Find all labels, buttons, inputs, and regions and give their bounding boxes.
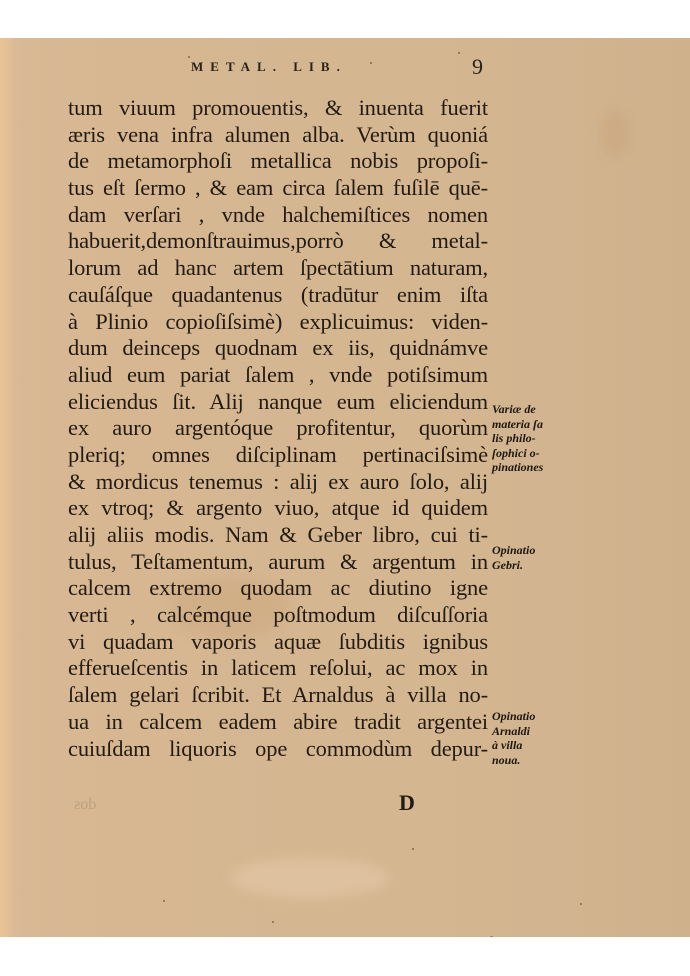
text-line: dum deinceps quodnam ex iis, quidnámve <box>68 335 488 362</box>
text-line: de metamorphoſi metallica nobis propoſi- <box>68 148 488 175</box>
paper-speck <box>490 936 493 937</box>
marginal-note-line: materia ſa <box>492 417 543 432</box>
text-line: cuiuſdam liquoris ope commodùm depur- <box>68 736 488 763</box>
paper-speck <box>163 900 165 902</box>
text-line: lorum ad hanc artem ſpectātium naturam, <box>68 255 488 282</box>
marginal-note-arnaldi: Opinatio Arnaldi à villa noua. <box>492 709 535 767</box>
marginal-note-line: pinationes <box>492 460 543 475</box>
page-number: 9 <box>472 54 483 80</box>
text-line: verti , calcémque poſtmodum diſcuſſoria <box>68 602 488 629</box>
signature-mark: D <box>399 790 415 816</box>
text-line: eliciendus ſit. Alij nanque eum eliciend… <box>68 389 488 416</box>
text-line: habuerit,demonſtrauimus,porrò & metal- <box>68 228 488 255</box>
marginal-note-line: Arnaldi <box>492 724 535 739</box>
text-line: ſalem gelari ſcribit. Et Arnaldus à vill… <box>68 682 488 709</box>
text-line: cauſáſque quadantenus (tradūtur enim iſt… <box>68 282 488 309</box>
marginal-note-line: Opinatio <box>492 709 535 724</box>
text-line: dam verſari , vnde halchemiſtices nomen <box>68 202 488 229</box>
body-text: tum viuum promouentis, & inuenta fuerit … <box>68 95 488 762</box>
marginal-note-line: ſophici o- <box>492 446 543 461</box>
marginal-note-line: Opinatio <box>492 543 535 558</box>
text-line: ex auro argentóque profitentur, quorùm <box>68 415 488 442</box>
text-line: æris vena infra alumen alba. Verùm quoni… <box>68 122 488 149</box>
bleed-through-text: dos <box>74 796 96 814</box>
paper-stain <box>600 108 630 158</box>
paper-speck <box>580 903 582 905</box>
marginal-note-line: lis philo- <box>492 431 543 446</box>
text-line: tulus, Teſtamentum, aurum & argentum in <box>68 549 488 576</box>
paper-speck <box>412 848 414 850</box>
marginal-note-line: à villa <box>492 738 535 753</box>
running-head: METAL. LIB. <box>191 59 347 75</box>
text-line: ex vtroq; & argento viuo, atque id quide… <box>68 495 488 522</box>
marginal-note-line: noua. <box>492 753 535 768</box>
text-line: calcem extremo quodam ac diutino igne <box>68 575 488 602</box>
marginal-note-varia: Variæ de materia ſa lis philo- ſophici o… <box>492 402 543 475</box>
text-line: pleriq; omnes diſciplinam pertinaciſsimè <box>68 442 488 469</box>
marginal-note-geber: Opinatio Gebri. <box>492 543 535 572</box>
text-line: & mordicus tenemus : alij ex auro ſolo, … <box>68 469 488 496</box>
marginal-note-line: Gebri. <box>492 558 535 573</box>
text-line: à Plinio copioſiſsimè) explicuimus: vide… <box>68 309 488 336</box>
paper-speck <box>272 921 274 923</box>
paper-stain <box>230 858 390 898</box>
page-header: METAL. LIB. 9 <box>0 54 690 78</box>
text-line: aliud eum pariat ſalem , vnde potiſsimum <box>68 362 488 389</box>
book-page: METAL. LIB. 9 tum viuum promouentis, & i… <box>0 38 690 937</box>
text-line: vi quadam vaporis aquæ ſubditis ignibus <box>68 629 488 656</box>
text-line: tus eſt ſermo , & eam circa ſalem fuſilē… <box>68 175 488 202</box>
text-line: tum viuum promouentis, & inuenta fuerit <box>68 95 488 122</box>
text-line: alij aliis modis. Nam & Geber libro, cui… <box>68 522 488 549</box>
text-line: efferueſcentis in laticem reſolui, ac mo… <box>68 655 488 682</box>
marginal-note-line: Variæ de <box>492 402 543 417</box>
text-line: ua in calcem eadem abire tradit argentei <box>68 709 488 736</box>
